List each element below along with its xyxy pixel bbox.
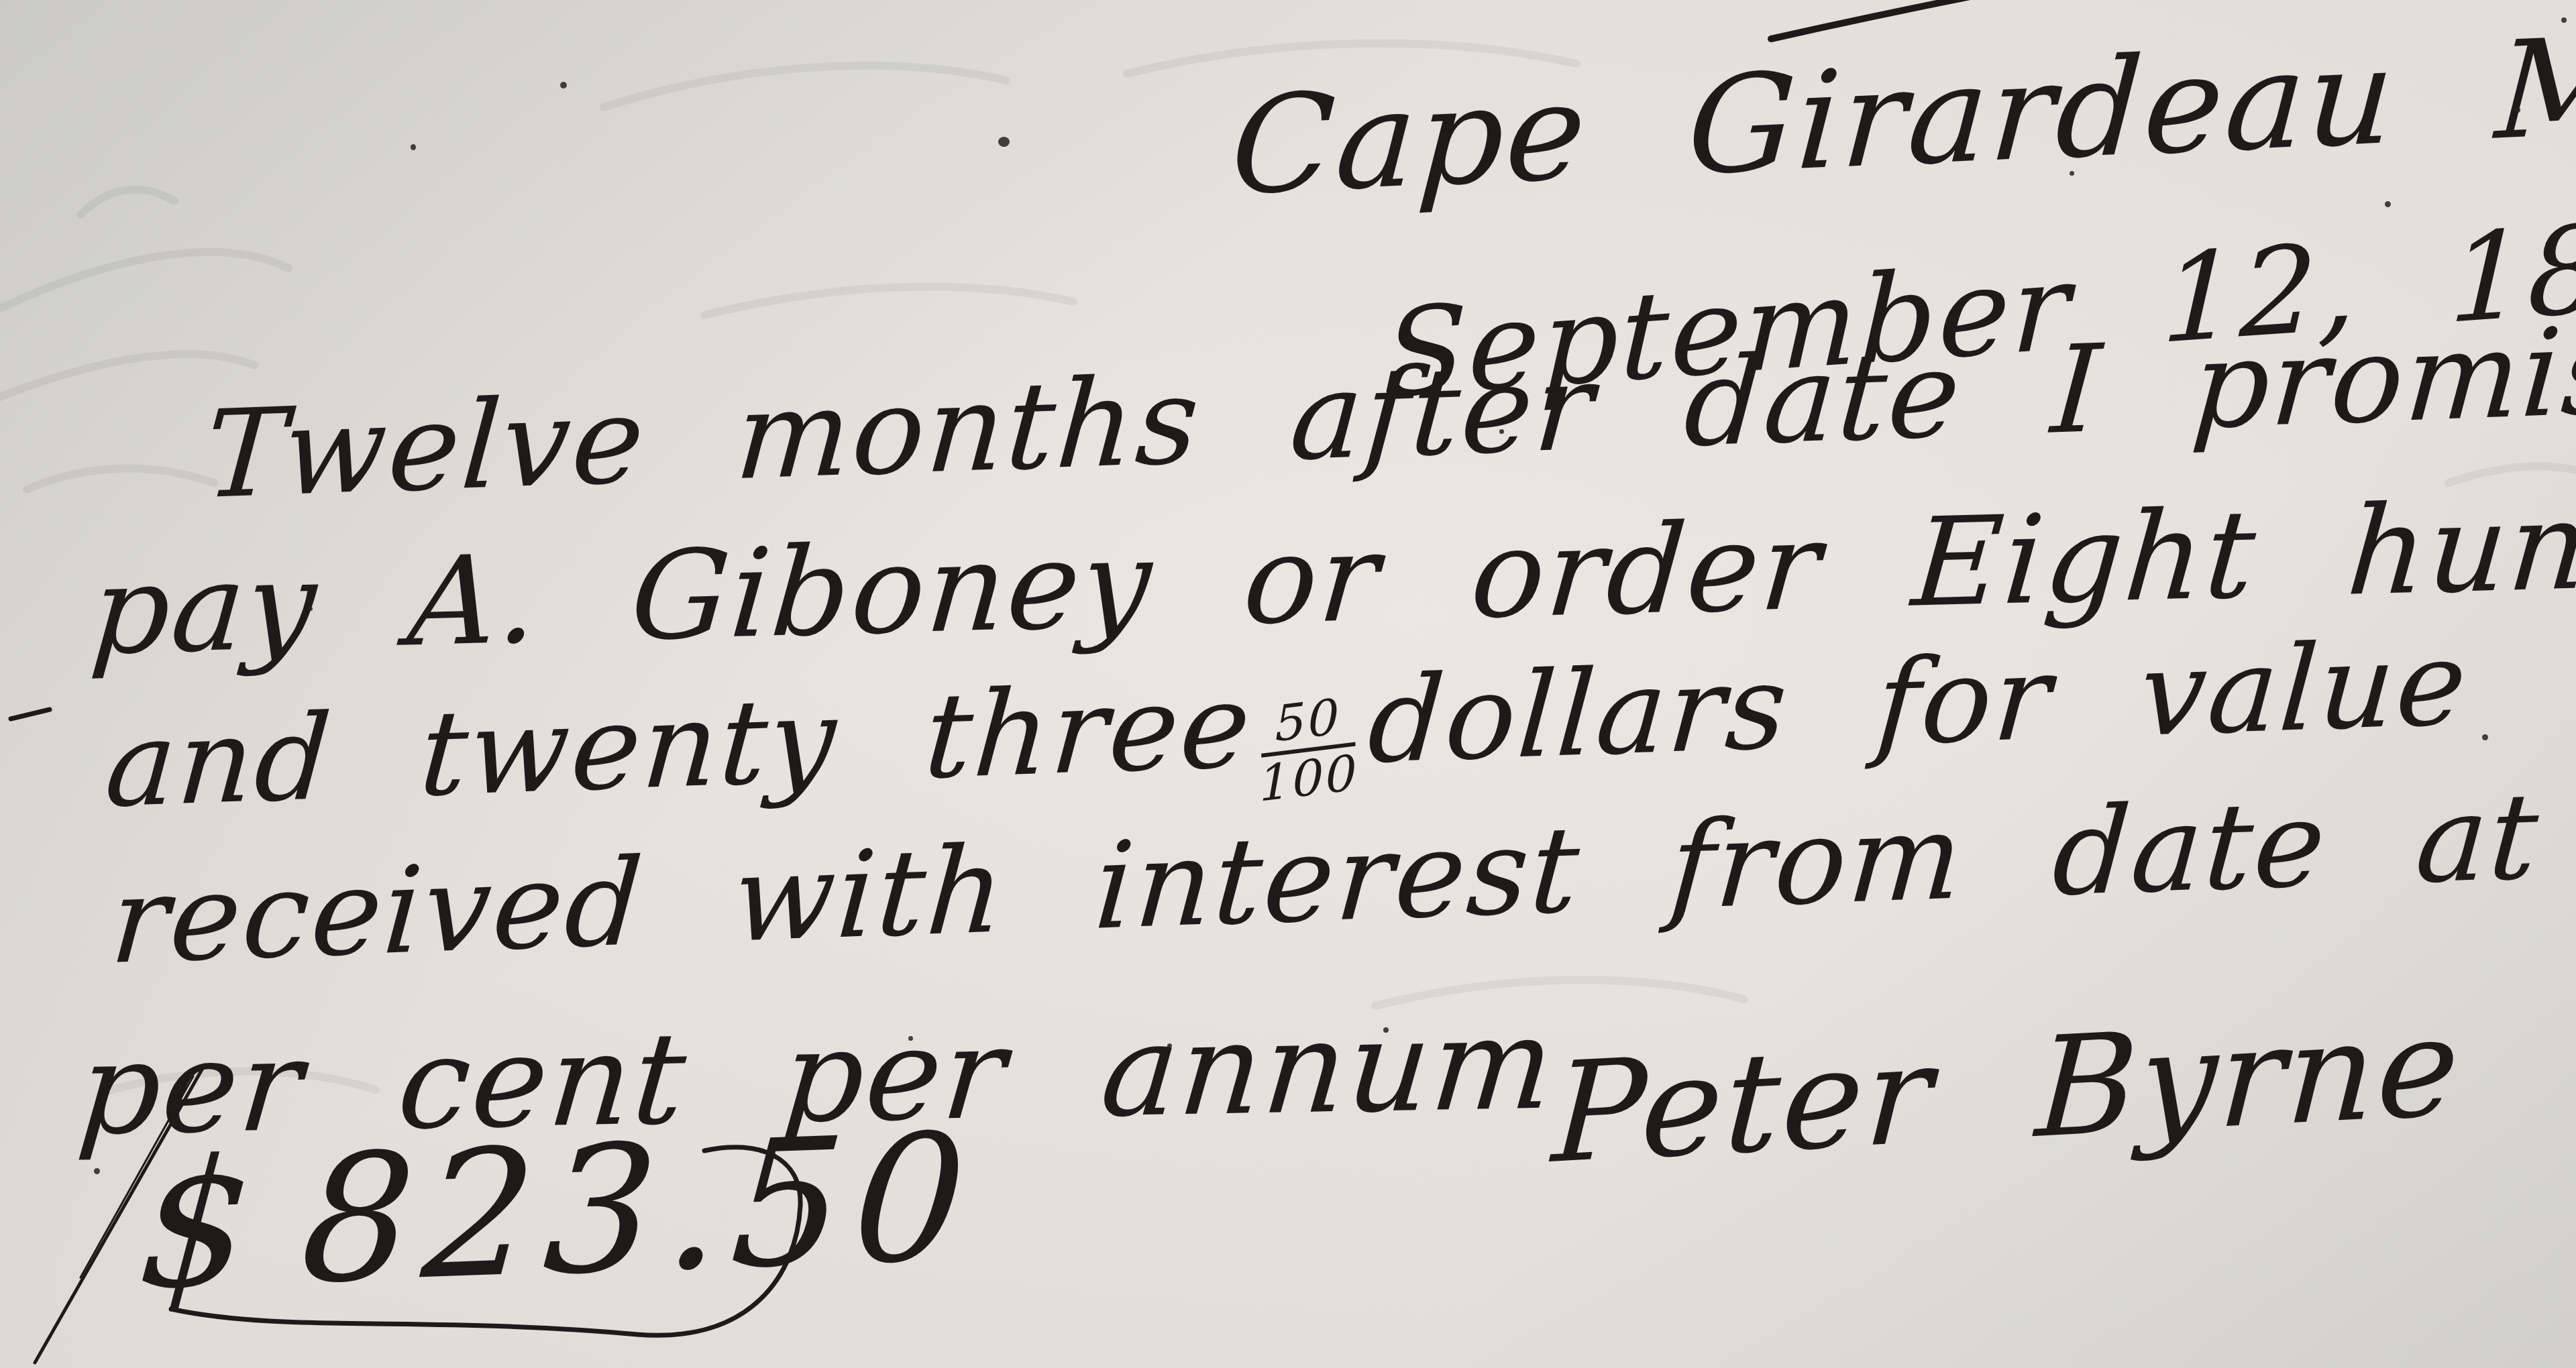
cents-fraction: 50100 <box>1258 691 1359 808</box>
bleed-stroke <box>0 252 288 315</box>
ink-speck <box>2385 201 2391 207</box>
top-edge-cutoff-stroke <box>1771 0 1980 39</box>
signature: Peter Byrne <box>1550 998 2465 1184</box>
body-line-3-start: and twenty three <box>101 658 1256 834</box>
bleed-stroke <box>704 286 1073 315</box>
ink-speck <box>1499 429 1504 434</box>
bleed-stroke <box>80 190 174 215</box>
ink-speck <box>908 1036 913 1041</box>
ink-speck <box>2515 107 2520 113</box>
ink-speck <box>998 137 1010 147</box>
amount: $823.50 <box>134 1110 981 1314</box>
ink-speck <box>2482 734 2488 740</box>
ink-speck <box>2070 171 2074 176</box>
fraction-denominator: 100 <box>1258 746 1359 809</box>
ink-speck <box>1383 1027 1389 1033</box>
ink-speck <box>560 82 567 89</box>
document-scan-page: Cape Girardeau Mo September 12, 1863 Twe… <box>0 0 2576 1368</box>
ink-speck <box>94 1168 100 1174</box>
ink-speck <box>411 144 416 150</box>
ink-speck <box>2561 17 2567 23</box>
ink-speck <box>1167 1043 1172 1048</box>
place-line: Cape Girardeau Mo <box>1228 15 2576 215</box>
bleed-stroke <box>604 66 1006 107</box>
currency-symbol: $ <box>133 1121 261 1328</box>
ink-speck <box>309 607 313 611</box>
bleed-stroke <box>27 469 215 490</box>
amount-value: 823.50 <box>296 1096 983 1323</box>
margin-dash-mark <box>11 709 50 719</box>
